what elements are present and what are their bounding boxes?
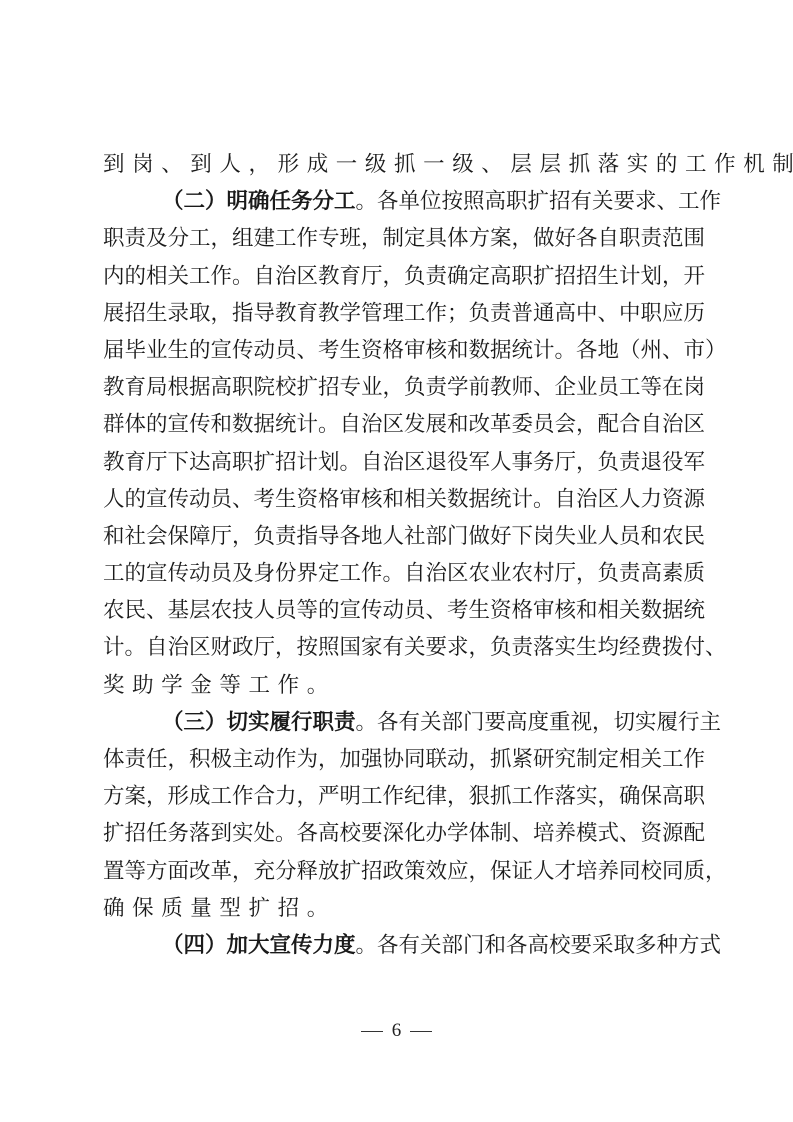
text-line: 内的相关工作。自治区教育厅，负责确定高职扩招招生计划，开 [103, 258, 693, 295]
text-line: 方案，形成工作合力，严明工作纪律，狠抓工作落实，确保高职 [103, 778, 693, 815]
section-heading: （三）切实履行职责 [162, 710, 356, 735]
section-heading-line: （三）切实履行职责。各有关部门要高度重视，切实履行主 [103, 704, 693, 741]
section-heading-line: （二）明确任务分工。各单位按照高职扩招有关要求、工作 [103, 183, 693, 220]
section-heading: （二）明确任务分工 [162, 189, 356, 214]
text-line: 教育厅下达高职扩招计划。自治区退役军人事务厅，负责退役军 [103, 444, 693, 481]
text-line: 确保质量型扩招。 [103, 890, 693, 927]
page-footer: 6 [0, 1020, 793, 1042]
page-number: 6 [392, 1020, 402, 1041]
text-line: 体责任，积极主动作为，加强协同联动，抓紧研究制定相关工作 [103, 741, 693, 778]
dash-left [361, 1031, 383, 1032]
text-line: 教育局根据高职院校扩招专业，负责学前教师、企业员工等在岗 [103, 369, 693, 406]
text-line: 扩招任务落到实处。各高校要深化办学体制、培养模式、资源配 [103, 815, 693, 852]
text-line: 农民、基层农技人员等的宣传动员、考生资格审核和相关数据统 [103, 592, 693, 629]
text-line: 和社会保障厅，负责指导各地人社部门做好下岗失业人员和农民 [103, 518, 693, 555]
paragraph-text: 。各有关部门和各高校要采取多种方式 [356, 933, 722, 958]
text-line: 人的宣传动员、考生资格审核和相关数据统计。自治区人力资源 [103, 481, 693, 518]
paragraph-text: 。各有关部门要高度重视，切实履行主 [356, 710, 722, 735]
dash-right [410, 1031, 432, 1032]
text-line: 到岗、到人，形成一级抓一级、层层抓落实的工作机制。 [103, 146, 693, 183]
text-line: 职责及分工，组建工作专班，制定具体方案，做好各自职责范围 [103, 220, 693, 257]
text-line: 展招生录取，指导教育教学管理工作；负责普通高中、中职应历 [103, 295, 693, 332]
text-line: 置等方面改革，充分释放扩招政策效应，保证人才培养同校同质， [103, 853, 693, 890]
text-line: 计。自治区财政厅，按照国家有关要求，负责落实生均经费拨付、 [103, 629, 693, 666]
text-line: 届毕业生的宣传动员、考生资格审核和数据统计。各地（州、市） [103, 332, 693, 369]
text-line: 工的宣传动员及身份界定工作。自治区农业农村厅，负责高素质 [103, 555, 693, 592]
paragraph-text: 。各单位按照高职扩招有关要求、工作 [356, 189, 722, 214]
section-heading-line: （四）加大宣传力度。各有关部门和各高校要采取多种方式 [103, 927, 693, 964]
section-heading: （四）加大宣传力度 [162, 933, 356, 958]
text-line: 群体的宣传和数据统计。自治区发展和改革委员会，配合自治区 [103, 406, 693, 443]
document-page: 到岗、到人，形成一级抓一级、层层抓落实的工作机制。 （二）明确任务分工。各单位按… [103, 146, 693, 964]
text-line: 奖助学金等工作。 [103, 667, 693, 704]
